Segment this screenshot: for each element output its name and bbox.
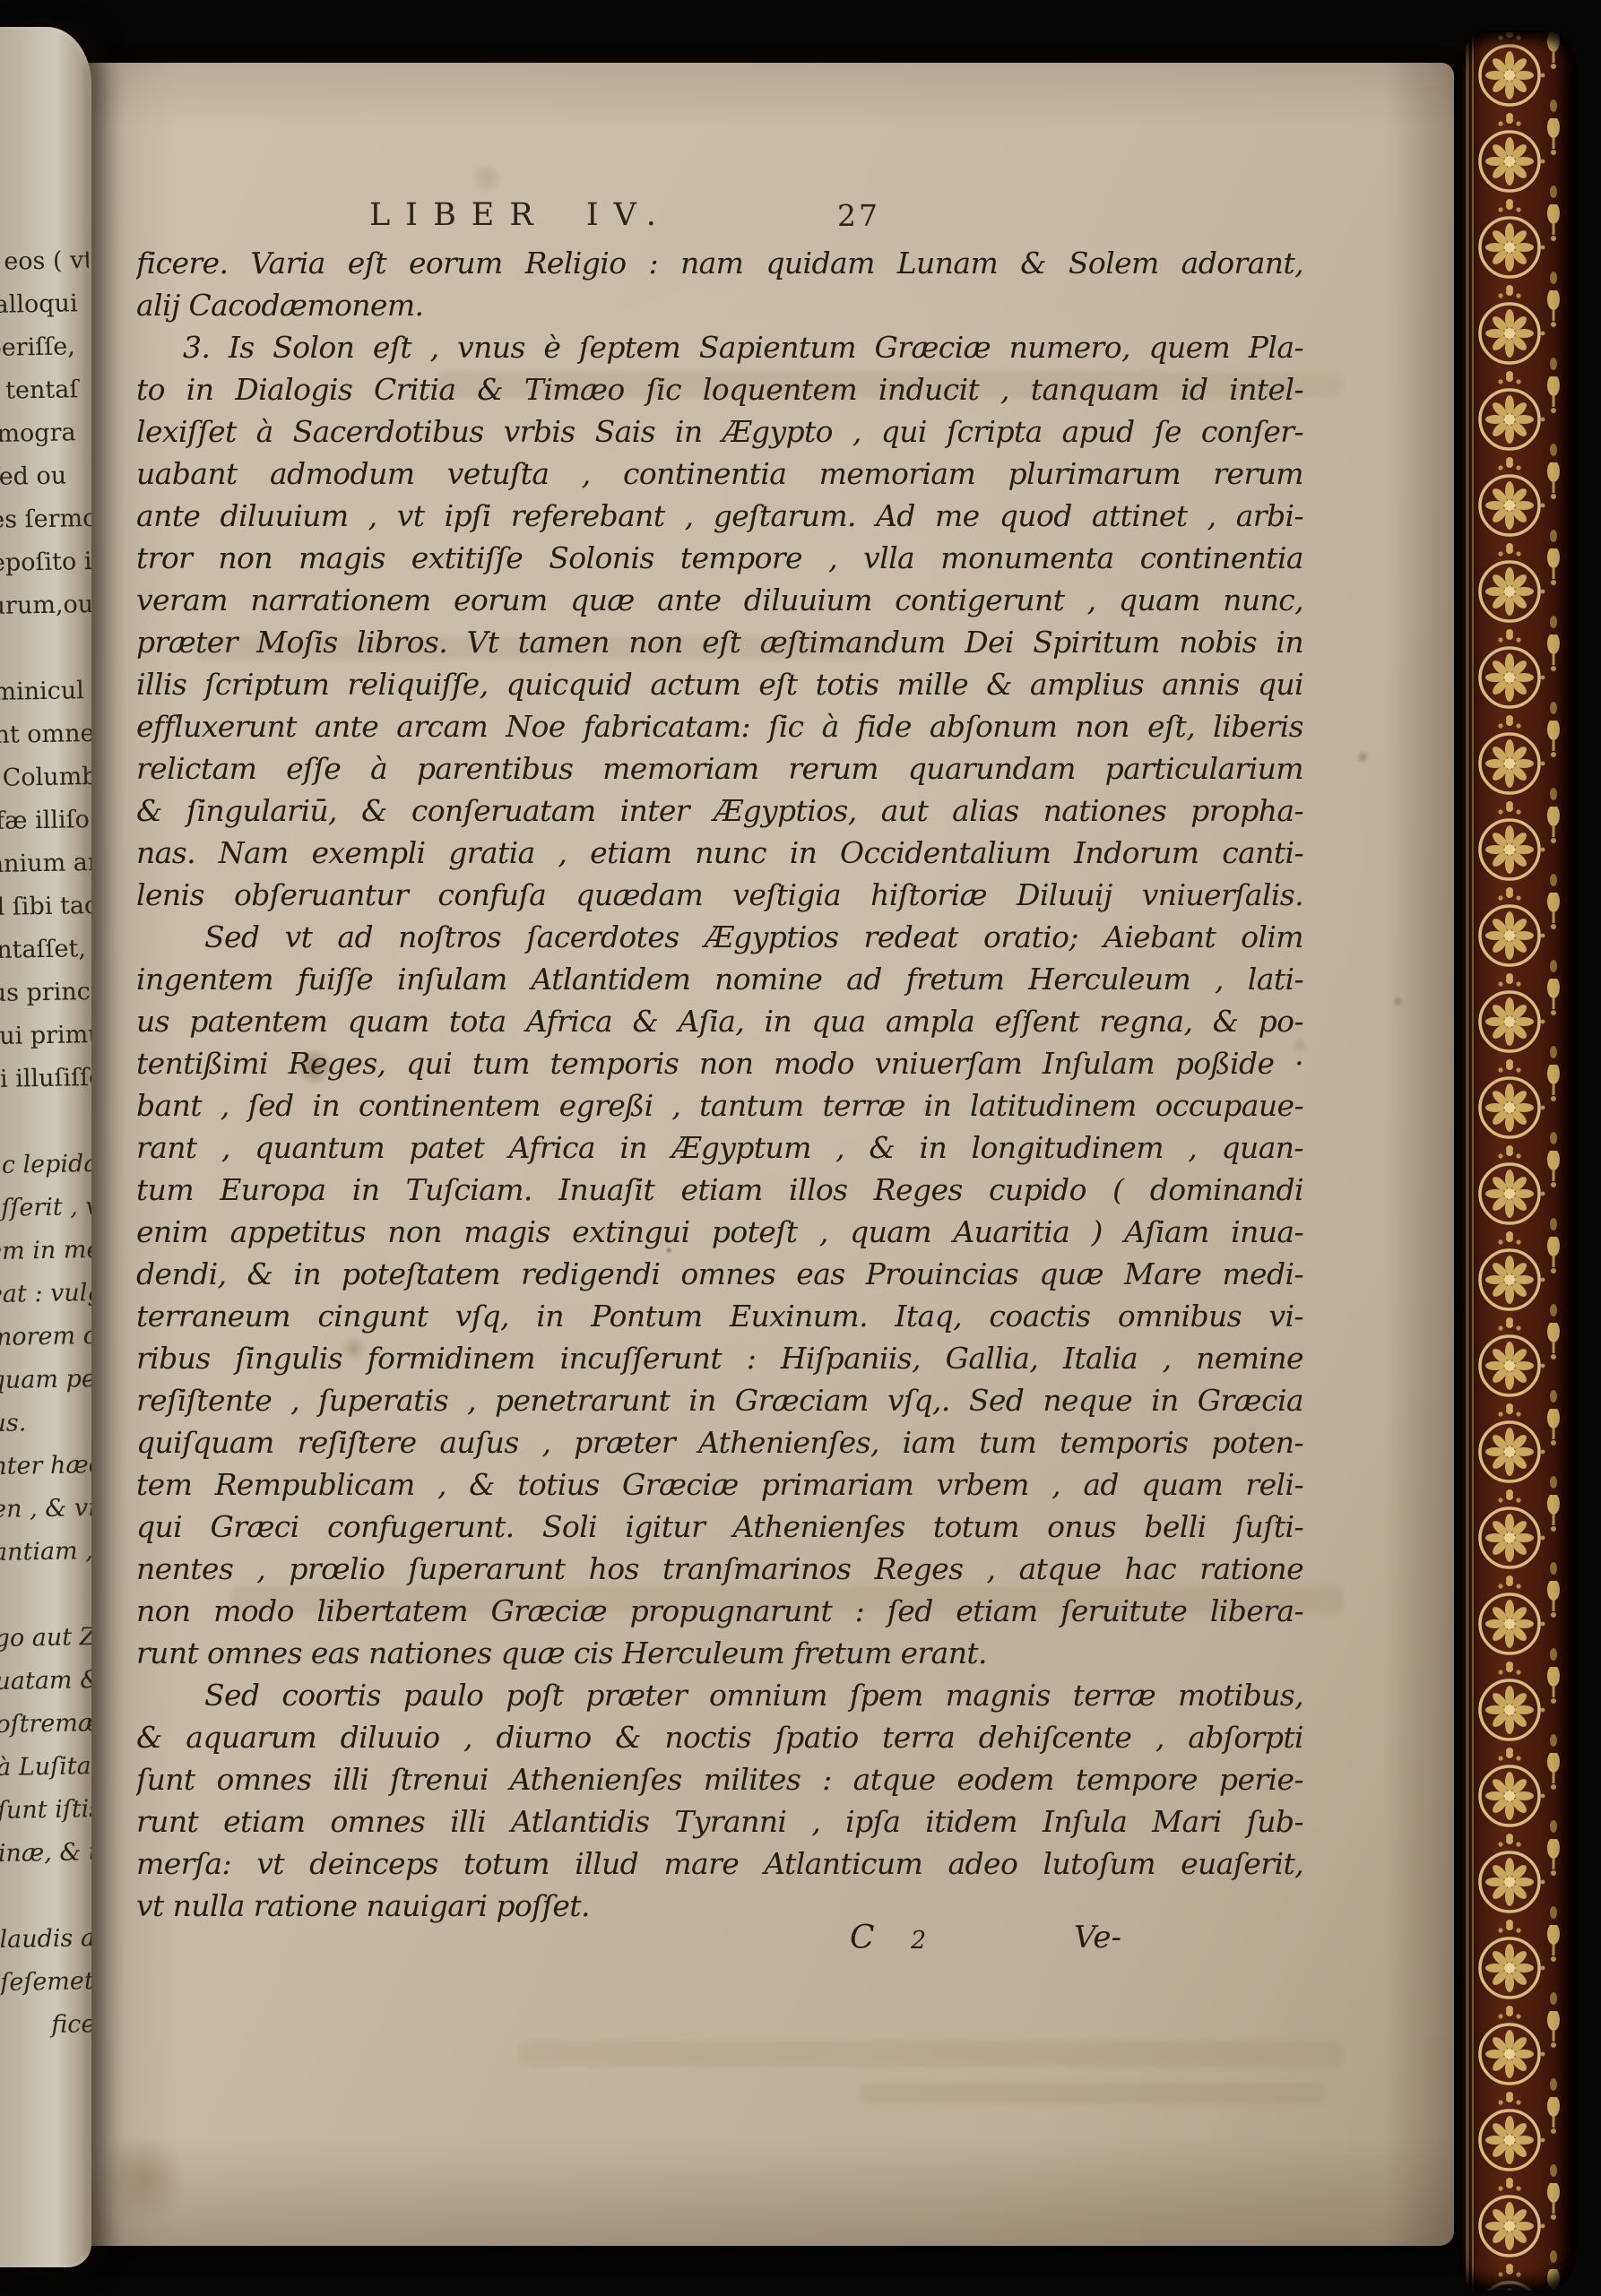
leaf-fragment: qui primus [0, 1014, 91, 1058]
text-line: reſiſtente , ſuperatis , penetrarunt in … [136, 1379, 1303, 1421]
text-line: alij Cacodæmonem. [136, 284, 1303, 326]
showthrough-band [859, 2083, 1325, 2104]
leaf-fragment: nes ſermo [0, 497, 91, 542]
leaf-fragment: eat : vulgo [0, 1272, 91, 1316]
book-scan: LIBER IV. 27 ficere. Varia eſt eorum Rel… [0, 0, 1601, 2296]
leaf-fragments: er eos ( vt n alloqui eperiſſe, tu tenta… [0, 239, 91, 2048]
text-line: veram narrationem eorum quæ ante diluuiu… [136, 579, 1303, 621]
leaf-gap [0, 626, 91, 671]
leaf-fragment: tu tentaſ [0, 368, 91, 413]
leaf-fragment: unt omne [0, 712, 91, 757]
running-head: LIBER IV. [369, 197, 671, 233]
leaf-fragment: morem cenſ [0, 1315, 91, 1359]
leaf-fragment: ius princip [0, 971, 91, 1015]
leaf-gap [0, 1573, 91, 1618]
leaf-fragment: n alloqui [0, 282, 90, 327]
text-line: ingentem fuiſſe inſulam Atlantidem nomin… [136, 958, 1303, 1000]
leaf-fragment: em in med [0, 1229, 91, 1273]
text-line: us patentem quam tota Africa & Aſia, in … [136, 1000, 1303, 1042]
text-line: to in Dialogis Critia & Timæo ſic loquen… [136, 368, 1303, 410]
body-text: ficere. Varia eſt eorum Religio : nam qu… [136, 242, 1303, 1927]
leaf-fragment: quam perti [0, 1358, 91, 1403]
leaf-fragment: à Luſitania [0, 1745, 91, 1790]
text-line: præter Moſis libros. Vt tamen non eſt æſ… [136, 621, 1303, 663]
text-line: lenis obſeruantur confuſa quædam veſtigi… [136, 874, 1303, 916]
binding-shading [1461, 32, 1576, 2291]
text-line: runt omnes eas nationes quæ cis Herculeu… [136, 1632, 1303, 1674]
text-line: uabant admodum vetuſta , continentia mem… [136, 453, 1303, 495]
text-line: dendi, & in poteſtatem redigendi omnes e… [136, 1253, 1303, 1295]
text-line: tentißimi Reges, qui tum temporis non mo… [136, 1042, 1303, 1084]
leaf-fragment: di illuſiſſe [0, 1057, 91, 1101]
text-line: Sed coortis paulo poſt præter omnium ſpe… [136, 1674, 1303, 1716]
leaf-fragment: uatam & Ia [0, 1659, 91, 1704]
previous-page-edge: er eos ( vt n alloqui eperiſſe, tu tenta… [0, 27, 91, 2267]
leaf-fragment: curum,ou [0, 583, 91, 628]
leaf-fragment: : ſed ou [0, 454, 91, 499]
leaf-fragment: aſſerit , vt [0, 1186, 91, 1230]
text-line: ſunt omnes illi ſtrenui Athenienſes mili… [136, 1758, 1303, 1800]
leaf-fragment: us. [0, 1401, 91, 1446]
leaf-fragment: depoſito i [0, 540, 91, 585]
text-line: non modo libertatem Græciæ propugnarunt … [136, 1590, 1303, 1632]
leaf-gap [0, 1100, 91, 1144]
text-line: 3. Is Solon eſt , vnus è ſeptem Sapientu… [136, 326, 1303, 368]
leaf-fragment: ſunt iſtis fri [0, 1788, 91, 1833]
leaf-fragment: entaſſet, ia [0, 928, 91, 972]
leaf-fragment: eperiſſe, [0, 325, 91, 370]
leaf-fragment: dminicul [0, 669, 91, 714]
catchword: Ve- [1074, 1920, 1121, 1955]
leaf-gap [0, 1874, 91, 1919]
leaf-fragment: antiam , qua [0, 1530, 91, 1575]
leaf-fragment: d Columb [0, 755, 91, 800]
text-line: ribus ſingulis formidinem incuſſerunt : … [136, 1337, 1303, 1379]
text-line: tum Europa in Tuſciam. Inuaſit etiam ill… [136, 1169, 1303, 1211]
text-line: enim appetitus non magis extingui poteſt… [136, 1211, 1303, 1253]
leaf-fragment: ſeſemet con- [0, 1960, 91, 2005]
leaf-fragment: ficere. [1, 2003, 91, 2048]
text-line: bant , ſed in continentem egreßi , tantu… [136, 1084, 1303, 1126]
leaf-fragment: inæ, & terra [0, 1831, 91, 1876]
text-line: quiſquam reſiſtere auſus , præter Atheni… [136, 1421, 1303, 1463]
gathering-signature: C [850, 1920, 875, 1956]
text-line: illis ſcriptum reliquiſſe, quicquid actu… [136, 663, 1303, 705]
showthrough-band [518, 2041, 1343, 2067]
text-line: nentes , prœlio ſuperarunt hos tranſmari… [136, 1548, 1303, 1590]
leaf-fragment: ofmogra [0, 411, 91, 456]
text-line: tror non magis extitiſſe Solonis tempore… [136, 537, 1303, 579]
signature-line: C 2 Ve- [0, 1918, 1601, 1972]
text-line: nas. Nam exempli gratia , etiam nunc in … [136, 832, 1303, 874]
leaf-fragment: en , & vnde [0, 1487, 91, 1532]
leaf-fragment: go aut Zipa [0, 1616, 91, 1661]
text-line: merſa: vt deinceps totum illud mare Atla… [136, 1843, 1303, 1885]
leaf-fragment: nfæ illiſo [0, 798, 91, 843]
leaf-fragment: laudis auid [0, 1917, 91, 1962]
text-line: terraneum cingunt vſq, in Pontum Euxinum… [136, 1295, 1303, 1337]
leaf-fragment: er eos ( vt [0, 239, 89, 284]
text-line: qui Græci confugerunt. Soli igitur Athen… [136, 1506, 1303, 1548]
leaf-fragment: oſtremæ , eſt, [0, 1702, 91, 1747]
gilt-binding-edge [1461, 32, 1576, 2291]
text-line: & ſingulariū, & conſeruatam inter Ægypti… [136, 790, 1303, 832]
text-line: effluxerunt ante arcam Noe fabricatam: ſ… [136, 705, 1303, 747]
text-line: rant , quantum patet Africa in Ægyptum ,… [136, 1126, 1303, 1169]
text-line: ficere. Varia eſt eorum Religio : nam qu… [136, 242, 1303, 284]
text-line: lexiſſet à Sacerdotibus vrbis Sais in Æg… [136, 410, 1303, 453]
text-line: Sed vt ad noſtros ſacerdotes Ægyptios re… [136, 916, 1303, 958]
leaf-fragment: nter hæc aſſ [0, 1444, 91, 1489]
text-line: & aquarum diluuio , diurno & noctis ſpat… [136, 1716, 1303, 1758]
text-line: ante diluuium , vt ipſi referebant , geſ… [136, 495, 1303, 537]
leaf-fragment: nc lepidam ſ [0, 1143, 91, 1187]
text-line: tem Rempublicam , & totius Græciæ primar… [136, 1463, 1303, 1506]
text-line: runt etiam omnes illi Atlantidis Tyranni… [136, 1800, 1303, 1843]
text-line: relictam eſſe à parentibus memoriam reru… [136, 747, 1303, 790]
leaf-fragment: id ſibi taci [0, 885, 91, 929]
page-number: 27 [837, 198, 880, 233]
leaf-fragment: mnium an [0, 842, 91, 886]
gathering-number: 2 [911, 1927, 926, 1955]
